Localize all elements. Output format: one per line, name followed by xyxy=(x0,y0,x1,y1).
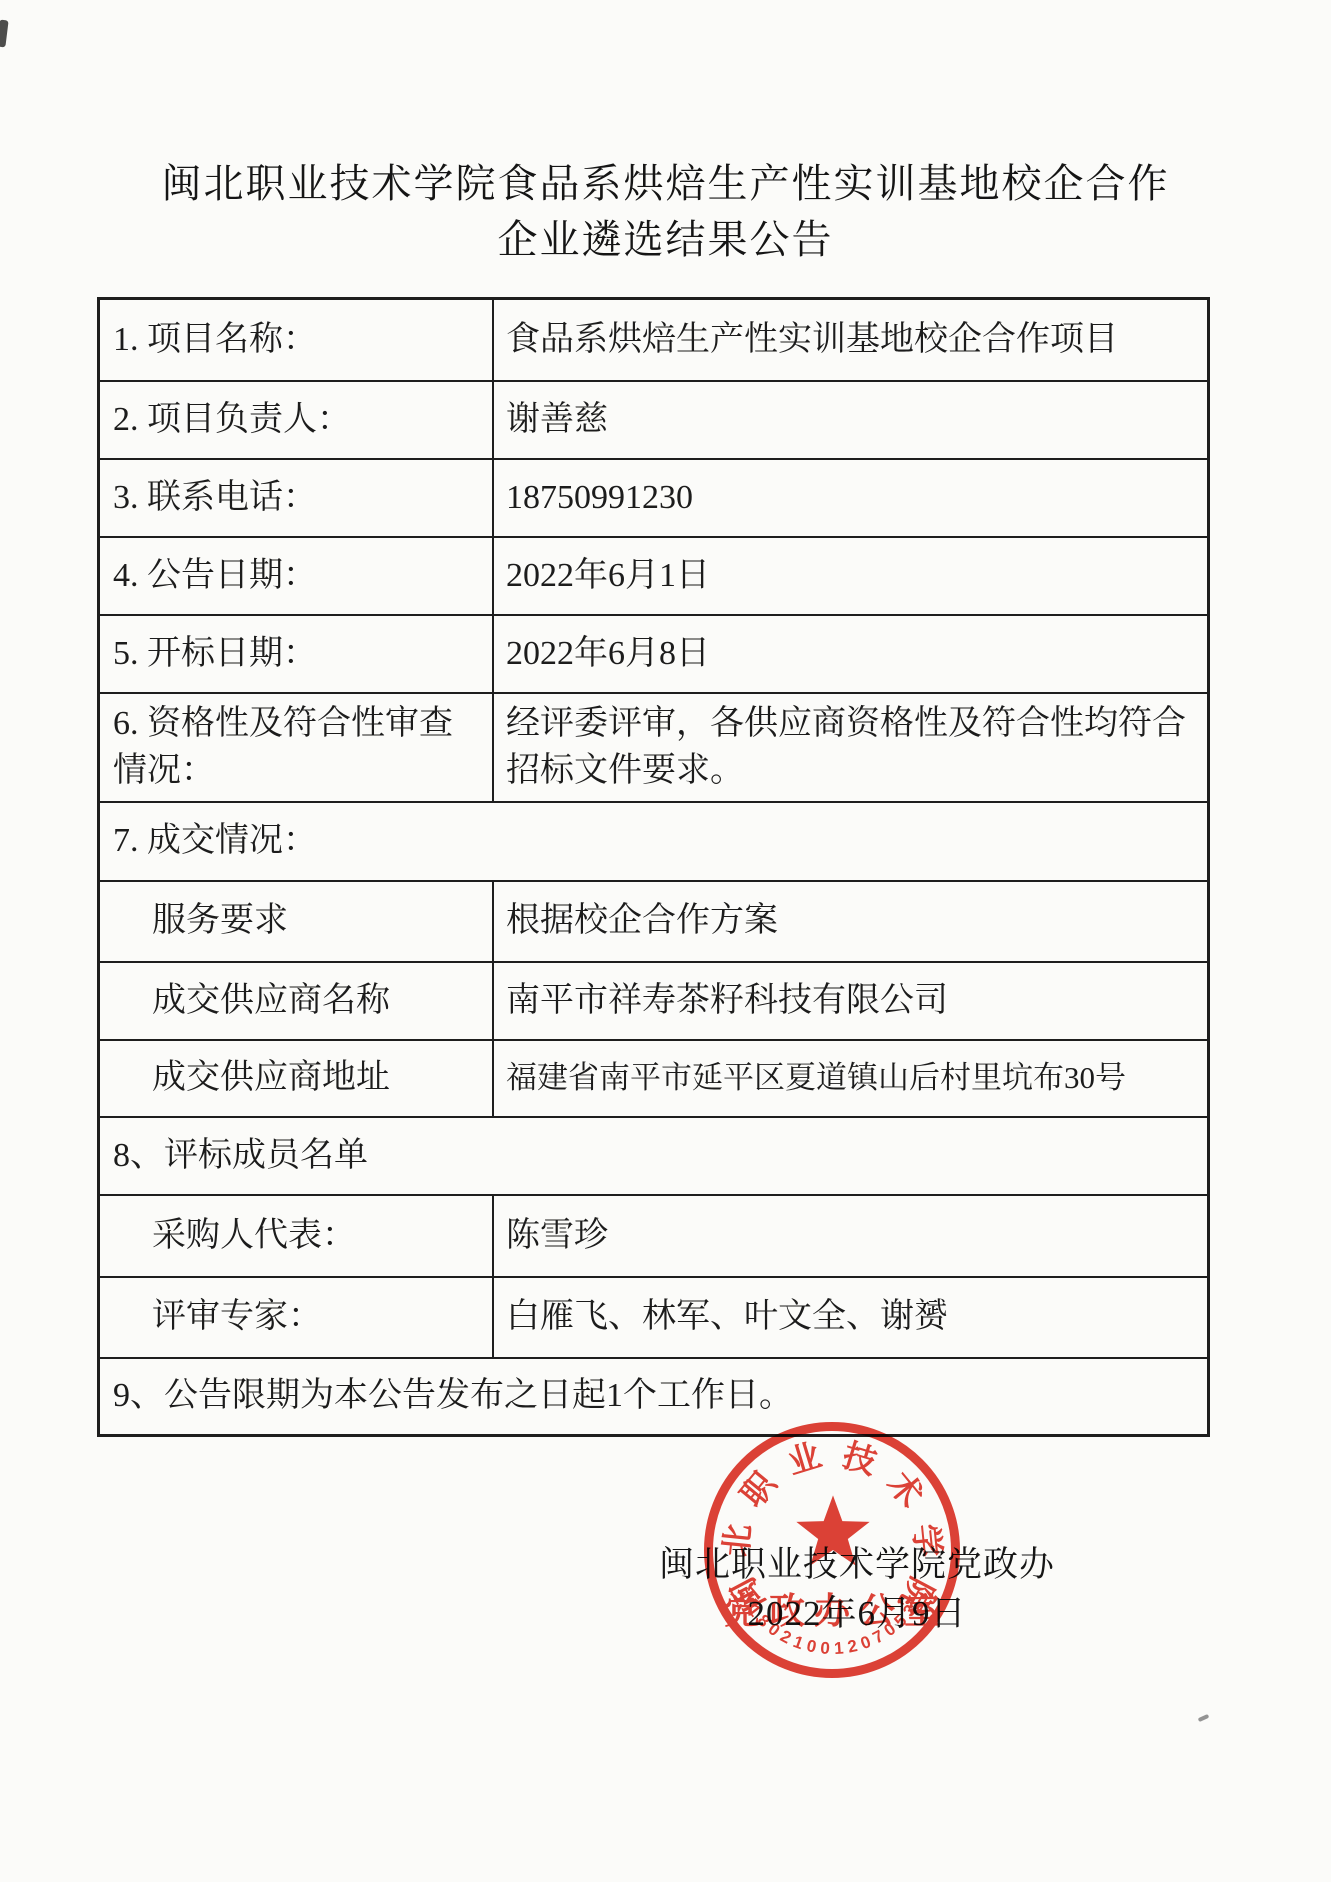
row-value: 陈雪珍 xyxy=(494,1196,1207,1276)
table-row: 3. 联系电话：18750991230 xyxy=(100,458,1207,536)
table-row: 评审专家：白雁飞、林军、叶文全、谢赟 xyxy=(100,1276,1207,1357)
row-label: 1. 项目名称： xyxy=(100,300,494,380)
stamp-arc-char: 术 xyxy=(878,1464,931,1517)
row-value: 福建省南平市延平区夏道镇山后村里坑布30号 xyxy=(494,1041,1207,1116)
table-row: 成交供应商名称南平市祥寿茶籽科技有限公司 xyxy=(100,961,1207,1039)
table-row: 5. 开标日期：2022年6月8日 xyxy=(100,614,1207,692)
table-row: 2. 项目负责人：谢善慈 xyxy=(100,380,1207,458)
row-label: 采购人代表： xyxy=(100,1196,494,1276)
row-value: 谢善慈 xyxy=(494,382,1207,458)
row-value: 白雁飞、林军、叶文全、谢赟 xyxy=(494,1278,1207,1357)
row-value: 2022年6月1日 xyxy=(494,538,1207,614)
table-row: 4. 公告日期：2022年6月1日 xyxy=(100,536,1207,614)
row-label: 4. 公告日期： xyxy=(100,538,494,614)
signature-date: 2022年6月9日 xyxy=(557,1589,1157,1638)
row-value: 2022年6月8日 xyxy=(494,616,1207,692)
row-value: 南平市祥寿茶籽科技有限公司 xyxy=(494,963,1207,1039)
signature-block: 闽北职业技术学院党政办 2022年6月9日 xyxy=(557,1540,1157,1638)
row-section-label: 8、评标成员名单 xyxy=(100,1118,1207,1194)
page-title-line1: 闽北职业技术学院食品系烘焙生产性实训基地校企合作 xyxy=(0,156,1331,212)
table-row: 采购人代表：陈雪珍 xyxy=(100,1194,1207,1276)
page-title: 闽北职业技术学院食品系烘焙生产性实训基地校企合作 企业遴选结果公告 xyxy=(0,156,1331,268)
table-row: 8、评标成员名单 xyxy=(100,1116,1207,1194)
page-title-line2: 企业遴选结果公告 xyxy=(0,212,1331,268)
table-row: 1. 项目名称：食品系烘焙生产性实训基地校企合作项目 xyxy=(100,300,1207,380)
scan-smudge-icon xyxy=(0,20,9,48)
row-label: 服务要求 xyxy=(100,882,494,961)
row-value: 食品系烘焙生产性实训基地校企合作项目 xyxy=(494,300,1207,380)
stamp-arc-char: 业 xyxy=(781,1436,828,1483)
stamp-arc-char: 职 xyxy=(733,1464,786,1517)
table-row: 成交供应商地址福建省南平市延平区夏道镇山后村里坑布30号 xyxy=(100,1039,1207,1116)
row-label: 成交供应商地址 xyxy=(100,1041,494,1116)
row-value: 经评委评审，各供应商资格性及符合性均符合招标文件要求。 xyxy=(494,694,1207,801)
stamp-arc-char: 技 xyxy=(836,1436,883,1483)
stamp-serial-digit: 1 xyxy=(829,1639,848,1658)
document-page: 闽北职业技术学院食品系烘焙生产性实训基地校企合作 企业遴选结果公告 1. 项目名… xyxy=(0,0,1331,1882)
row-value: 根据校企合作方案 xyxy=(494,882,1207,961)
table-row: 6. 资格性及符合性审查情况：经评委评审，各供应商资格性及符合性均符合招标文件要… xyxy=(100,692,1207,801)
table-row: 9、公告限期为本公告发布之日起1个工作日。 xyxy=(100,1357,1207,1434)
notice-table: 1. 项目名称：食品系烘焙生产性实训基地校企合作项目2. 项目负责人：谢善慈3.… xyxy=(97,297,1210,1437)
signature-org: 闽北职业技术学院党政办 xyxy=(557,1540,1157,1589)
row-label: 5. 开标日期： xyxy=(100,616,494,692)
row-label: 成交供应商名称 xyxy=(100,963,494,1039)
scan-speck-icon xyxy=(1198,1714,1210,1722)
row-label: 3. 联系电话： xyxy=(100,460,494,536)
stamp-serial-digit: 0 xyxy=(815,1639,834,1658)
table-row: 服务要求根据校企合作方案 xyxy=(100,880,1207,961)
row-value: 18750991230 xyxy=(494,460,1207,536)
row-section-label: 9、公告限期为本公告发布之日起1个工作日。 xyxy=(100,1359,1207,1434)
table-row: 7. 成交情况： xyxy=(100,801,1207,880)
row-label: 评审专家： xyxy=(100,1278,494,1357)
stamp-serial-digit: 2 xyxy=(842,1636,863,1657)
stamp-serial-digit: 0 xyxy=(801,1636,822,1657)
row-section-label: 7. 成交情况： xyxy=(100,803,1207,880)
row-label: 2. 项目负责人： xyxy=(100,382,494,458)
row-label: 6. 资格性及符合性审查情况： xyxy=(100,694,494,801)
